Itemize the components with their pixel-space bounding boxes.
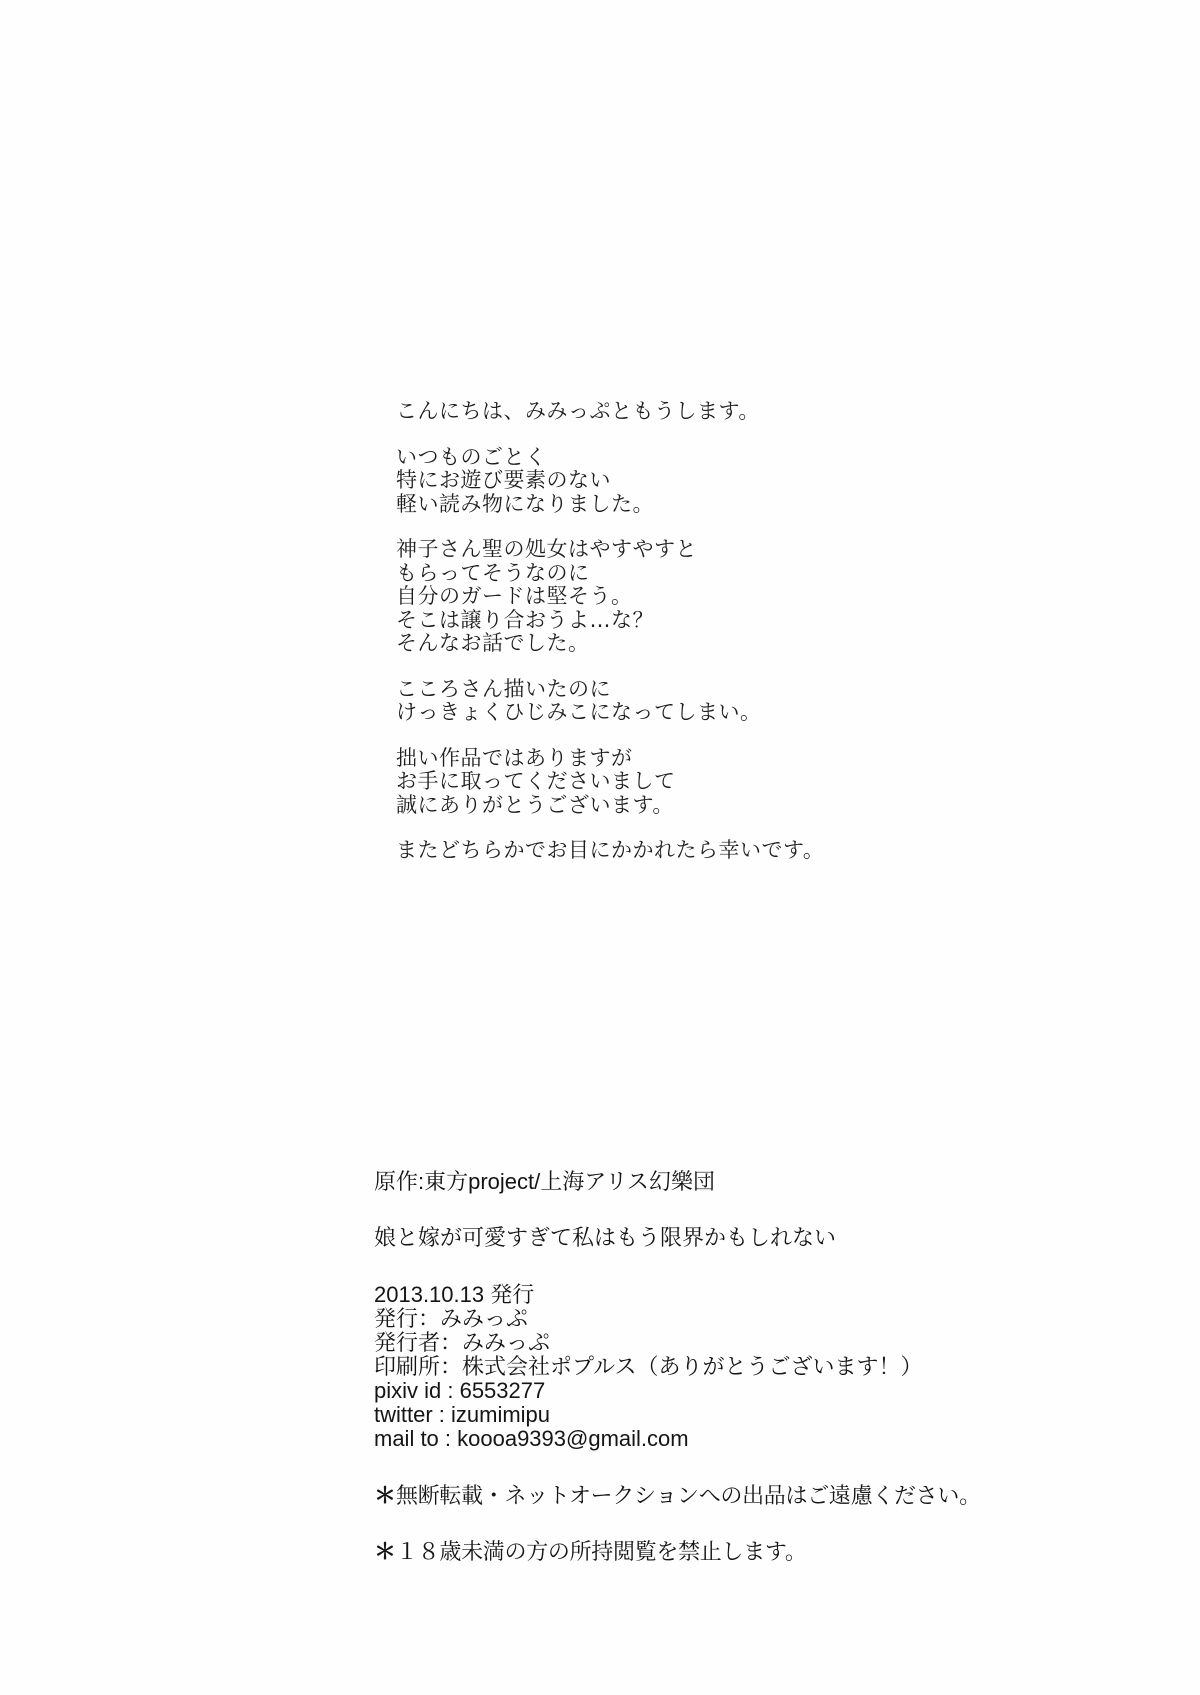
- colophon: 原作:東方project/上海アリス幻樂団 娘と嫁が可愛すぎて私はもう限界かもし…: [374, 1170, 1134, 1596]
- afterword-line: お手に取ってくださいまして: [396, 770, 956, 794]
- afterword-paragraph-story: 神子さん聖の処女はやすやすと もらってそうなのに 自分のガードは堅そう。 そこは…: [396, 538, 956, 656]
- afterword-line: けっきょくひじみこになってしまい。: [396, 701, 956, 725]
- asterisk-icon: ＊: [374, 1540, 396, 1564]
- notice-no-reproduction: ＊無断転載・ネットオークションへの出品はご遠慮ください。: [374, 1484, 1134, 1508]
- publisher: 発行：みみっぷ: [374, 1307, 1134, 1331]
- afterword-paragraph-thanks: 拙い作品ではありますが お手に取ってくださいまして 誠にありがとうございます。: [396, 747, 956, 818]
- publication-info: 2013.10.13 発行 発行：みみっぷ 発行者：みみっぷ 印刷所：株式会社ポ…: [374, 1283, 1134, 1451]
- afterword-line: こんにちは、みみっぷともうします。: [396, 400, 956, 424]
- email-contact: mail to : koooa9393@gmail.com: [374, 1427, 1134, 1451]
- afterword-line: 特にお遊び要素のない: [396, 469, 956, 493]
- colophon-page: こんにちは、みみっぷともうします。 いつものごとく 特にお遊び要素のない 軽い読…: [0, 0, 1200, 1695]
- afterword-message: こんにちは、みみっぷともうします。 いつものごとく 特にお遊び要素のない 軽い読…: [396, 400, 956, 885]
- afterword-line: こころさん描いたのに: [396, 678, 956, 702]
- afterword-line: そこは譲り合おうよ…な？: [396, 609, 956, 633]
- notice-text: 無断転載・ネットオークションへの出品はご遠慮ください。: [396, 1483, 981, 1508]
- notice-age-restriction: ＊１８歳未満の方の所持閲覧を禁止します。: [374, 1540, 1134, 1564]
- afterword-line: 拙い作品ではありますが: [396, 747, 956, 771]
- printer: 印刷所：株式会社ポプルス（ありがとうございます！）: [374, 1355, 1134, 1379]
- publication-date: 2013.10.13 発行: [374, 1283, 1134, 1307]
- work-title: 娘と嫁が可愛すぎて私はもう限界かもしれない: [374, 1226, 1134, 1250]
- afterword-line: もらってそうなのに: [396, 562, 956, 586]
- afterword-line: いつものごとく: [396, 446, 956, 470]
- asterisk-icon: ＊: [374, 1484, 396, 1508]
- afterword-paragraph-intro: いつものごとく 特にお遊び要素のない 軽い読み物になりました。: [396, 446, 956, 517]
- afterword-line: 誠にありがとうございます。: [396, 794, 956, 818]
- afterword-line: 自分のガードは堅そう。: [396, 585, 956, 609]
- afterword-line: またどちらかでお目にかかれたら幸いです。: [396, 839, 956, 863]
- notice-text: １８歳未満の方の所持閲覧を禁止します。: [396, 1539, 807, 1564]
- afterword-paragraph-greeting: こんにちは、みみっぷともうします。: [396, 400, 956, 424]
- original-work-credit: 原作:東方project/上海アリス幻樂団: [374, 1170, 1134, 1194]
- afterword-line: 神子さん聖の処女はやすやすと: [396, 538, 956, 562]
- issuer: 発行者：みみっぷ: [374, 1331, 1134, 1355]
- twitter-handle: twitter : izumimipu: [374, 1403, 1134, 1427]
- afterword-paragraph-closing: またどちらかでお目にかかれたら幸いです。: [396, 839, 956, 863]
- pixiv-id: pixiv id : 6553277: [374, 1379, 1134, 1403]
- afterword-line: 軽い読み物になりました。: [396, 493, 956, 517]
- afterword-paragraph-kokoro: こころさん描いたのに けっきょくひじみこになってしまい。: [396, 678, 956, 725]
- afterword-line: そんなお話でした。: [396, 632, 956, 656]
